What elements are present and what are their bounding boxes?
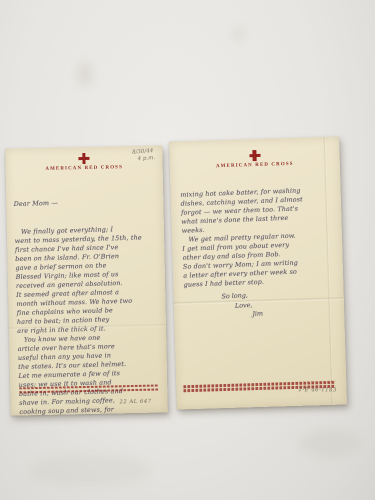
background-smudge	[300, 430, 360, 456]
background-smudge	[78, 62, 92, 86]
background-smudge	[30, 455, 150, 485]
red-cross-icon	[78, 153, 89, 164]
red-cross-icon	[249, 150, 260, 161]
catalog-code-left: 22 AL 647	[119, 399, 151, 406]
closing-lines: So long,Love,Jim	[221, 291, 263, 321]
letterhead-title: AMERICAN RED CROSS	[6, 164, 163, 172]
letterhead-left: AMERICAN RED CROSS	[5, 151, 162, 172]
letter-closing: So long,Love,Jim	[220, 272, 264, 340]
background-smudge	[234, 28, 243, 41]
handwriting-line: Jim	[252, 310, 263, 320]
catalog-code-right: 2-E 46-1183	[298, 387, 336, 393]
letter-page-right: AMERICAN RED CROSS mixing hot cake batte…	[169, 137, 347, 410]
salutation: Dear Mom —	[14, 196, 160, 209]
photo-background: 8/30/44 4 p.m. AMERICAN RED CROSS Dear M…	[0, 0, 375, 500]
letter-page-left: 8/30/44 4 p.m. AMERICAN RED CROSS Dear M…	[5, 145, 168, 415]
handwriting-body-left: Dear Mom — We finally got everything; Iw…	[13, 178, 166, 435]
